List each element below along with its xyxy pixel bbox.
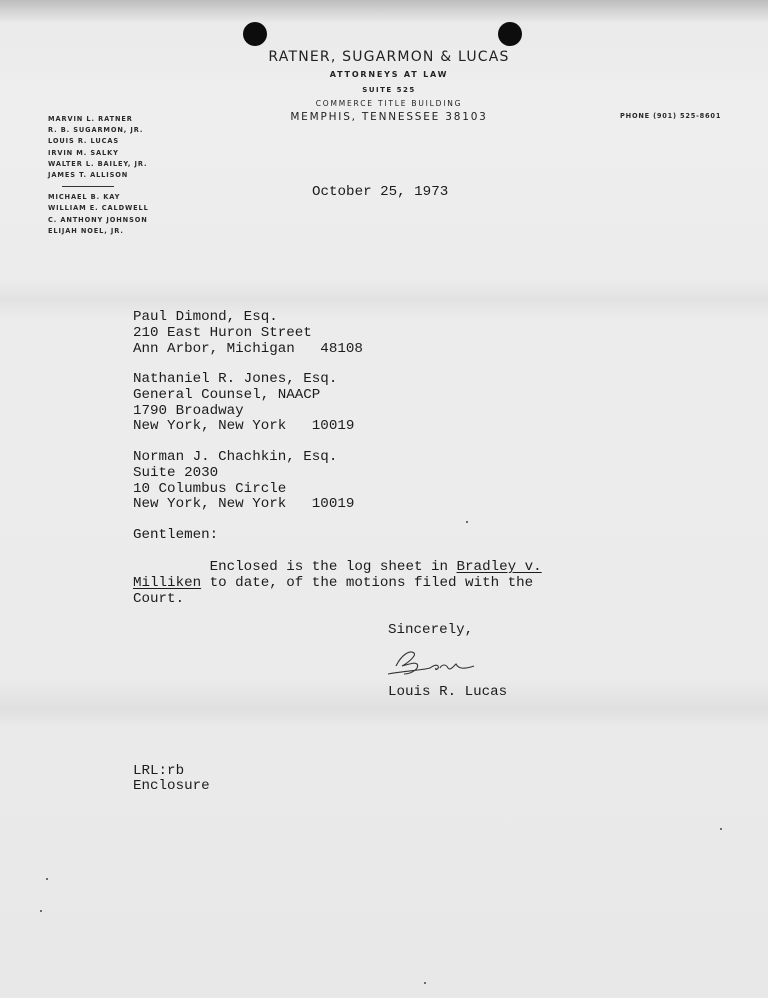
firm-name: RATNER, SUGARMON & LUCAS xyxy=(0,49,768,65)
firm-phone: PHONE (901) 525-8601 xyxy=(620,112,721,120)
scan-top-edge xyxy=(0,0,768,22)
recipient-address: Paul Dimond, Esq.210 East Huron StreetAn… xyxy=(133,310,363,357)
letter-body: Enclosed is the log sheet in Bradley v.M… xyxy=(133,560,542,607)
scan-speck xyxy=(424,982,426,984)
firm-subtitle: ATTORNEYS AT LAW xyxy=(0,70,768,79)
address-line: New York, New York 10019 xyxy=(133,419,354,435)
enclosure-note: Enclosure xyxy=(133,779,210,795)
partner-name: LOUIS R. LUCAS xyxy=(48,136,149,147)
punch-hole xyxy=(243,22,267,46)
address-line: Suite 2030 xyxy=(133,466,354,482)
associate-name: MICHAEL B. KAY xyxy=(48,192,149,203)
partner-name: IRVIN M. SALKY xyxy=(48,148,149,159)
address-line: Paul Dimond, Esq. xyxy=(133,310,363,326)
scan-speck xyxy=(720,828,722,830)
partner-name: R. B. SUGARMON, JR. xyxy=(48,125,149,136)
salutation: Gentlemen: xyxy=(133,528,218,544)
address-line: 210 East Huron Street xyxy=(133,326,363,342)
partner-name: WALTER L. BAILEY, JR. xyxy=(48,159,149,170)
associate-name: WILLIAM E. CALDWELL xyxy=(48,203,149,214)
scan-speck xyxy=(46,878,48,880)
partner-name: JAMES T. ALLISON xyxy=(48,170,149,181)
address-line: New York, New York 10019 xyxy=(133,497,354,513)
case-name: Milliken xyxy=(133,575,201,591)
letter-date: October 25, 1973 xyxy=(312,185,448,201)
recipient-address: Nathaniel R. Jones, Esq.General Counsel,… xyxy=(133,372,354,435)
attorney-list: MARVIN L. RATNER R. B. SUGARMON, JR. LOU… xyxy=(48,114,149,237)
signature xyxy=(384,644,484,680)
closing: Sincerely, xyxy=(388,623,473,639)
scan-speck xyxy=(40,910,42,912)
associate-name: C. ANTHONY JOHNSON xyxy=(48,215,149,226)
signer-name: Louis R. Lucas xyxy=(388,685,507,701)
partner-name: MARVIN L. RATNER xyxy=(48,114,149,125)
punch-hole xyxy=(498,22,522,46)
address-line: 10 Columbus Circle xyxy=(133,482,354,498)
scan-speck xyxy=(466,521,468,523)
case-name: Bradley v. xyxy=(457,559,542,575)
firm-building: COMMERCE TITLE BUILDING xyxy=(0,99,768,108)
address-line: Ann Arbor, Michigan 48108 xyxy=(133,342,363,358)
recipient-address: Norman J. Chachkin, Esq.Suite 203010 Col… xyxy=(133,450,354,513)
address-line: 1790 Broadway xyxy=(133,404,354,420)
divider xyxy=(62,186,114,187)
address-line: Norman J. Chachkin, Esq. xyxy=(133,450,354,466)
address-line: Nathaniel R. Jones, Esq. xyxy=(133,372,354,388)
firm-suite: SUITE 525 xyxy=(0,86,768,94)
associate-name: ELIJAH NOEL, JR. xyxy=(48,226,149,237)
address-line: General Counsel, NAACP xyxy=(133,388,354,404)
